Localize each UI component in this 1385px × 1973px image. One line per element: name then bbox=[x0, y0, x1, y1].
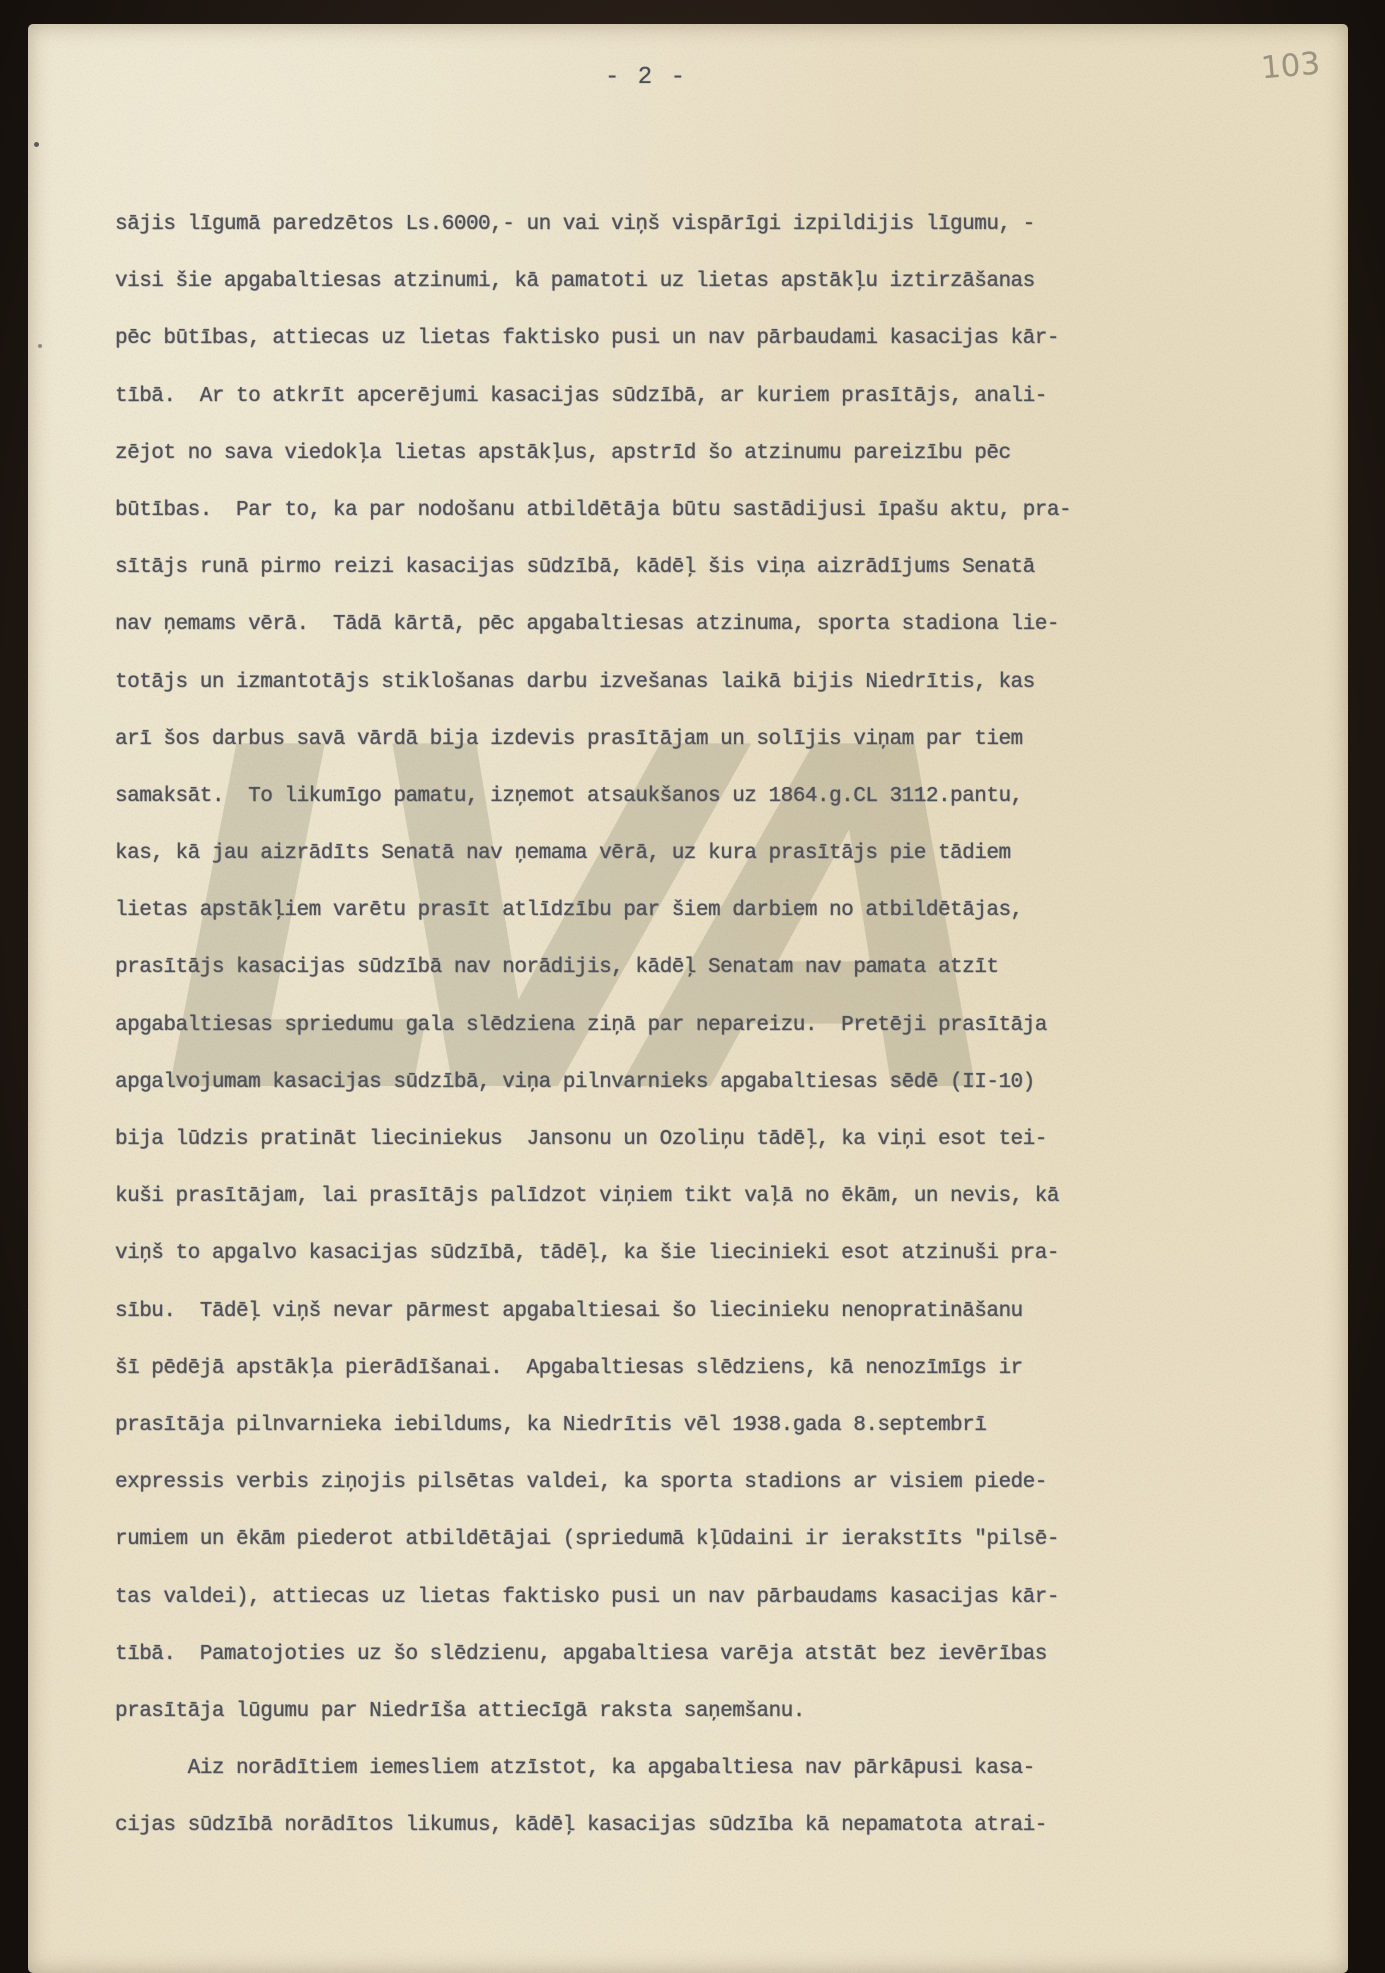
document-page: LVA - 2 - 103 sājis līgumā paredzētos Ls… bbox=[28, 24, 1348, 1973]
text-line: Aiz norādītiem iemesliem atzīstot, ka ap… bbox=[115, 1740, 1125, 1797]
text-line: expressis verbis ziņojis pilsētas valdei… bbox=[115, 1454, 1125, 1511]
text-line: nav ņemams vērā. Tādā kārtā, pēc apgabal… bbox=[115, 596, 1125, 653]
text-line: sājis līgumā paredzētos Ls.6000,- un vai… bbox=[115, 196, 1125, 253]
text-line: arī šos darbus savā vārdā bija izdevis p… bbox=[115, 711, 1125, 768]
text-line: bija lūdzis pratināt lieciniekus Jansonu… bbox=[115, 1111, 1125, 1168]
text-line: sību. Tādēļ viņš nevar pārmest apgabalti… bbox=[115, 1283, 1125, 1340]
text-line: zējot no sava viedokļa lietas apstākļus,… bbox=[115, 425, 1125, 482]
handwritten-folio-number: 103 bbox=[1259, 45, 1321, 86]
scanned-document-photo: LVA - 2 - 103 sājis līgumā paredzētos Ls… bbox=[0, 0, 1385, 1973]
text-line: prasītājs kasacijas sūdzībā nav norādiji… bbox=[115, 939, 1125, 996]
text-line: pēc būtības, attiecas uz lietas faktisko… bbox=[115, 310, 1125, 367]
text-line: šī pēdējā apstākļa pierādīšanai. Apgabal… bbox=[115, 1340, 1125, 1397]
text-line: rumiem un ēkām piederot atbildētājai (sp… bbox=[115, 1511, 1125, 1568]
text-line: sītājs runā pirmo reizi kasacijas sūdzīb… bbox=[115, 539, 1125, 596]
text-line: tībā. Pamatojoties uz šo slēdzienu, apga… bbox=[115, 1626, 1125, 1683]
text-line: viņš to apgalvo kasacijas sūdzībā, tādēļ… bbox=[115, 1225, 1125, 1282]
text-line: apgalvojumam kasacijas sūdzībā, viņa pil… bbox=[115, 1054, 1125, 1111]
typewritten-body: sājis līgumā paredzētos Ls.6000,- un vai… bbox=[115, 196, 1125, 1854]
text-line: visi šie apgabaltiesas atzinumi, kā pama… bbox=[115, 253, 1125, 310]
text-line: lietas apstākļiem varētu prasīt atlīdzīb… bbox=[115, 882, 1125, 939]
text-line: totājs un izmantotājs stiklošanas darbu … bbox=[115, 654, 1125, 711]
text-line: kuši prasītājam, lai prasītājs palīdzot … bbox=[115, 1168, 1125, 1225]
text-line: prasītāja pilnvarnieka iebildums, ka Nie… bbox=[115, 1397, 1125, 1454]
text-line: tībā. Ar to atkrīt apcerējumi kasacijas … bbox=[115, 368, 1125, 425]
ink-speck bbox=[34, 142, 39, 147]
text-line: kas, kā jau aizrādīts Senatā nav ņemama … bbox=[115, 825, 1125, 882]
text-line: prasītāja lūgumu par Niedrīša attiecīgā … bbox=[115, 1683, 1125, 1740]
text-line: apgabaltiesas spriedumu gala slēdziena z… bbox=[115, 997, 1125, 1054]
ink-speck bbox=[38, 344, 42, 348]
text-line: tas valdei), attiecas uz lietas faktisko… bbox=[115, 1569, 1125, 1626]
text-line: cijas sūdzībā norādītos likumus, kādēļ k… bbox=[115, 1797, 1125, 1854]
page-number: - 2 - bbox=[0, 64, 1306, 91]
text-line: samaksāt. To likumīgo pamatu, izņemot at… bbox=[115, 768, 1125, 825]
text-line: būtības. Par to, ka par nodošanu atbildē… bbox=[115, 482, 1125, 539]
